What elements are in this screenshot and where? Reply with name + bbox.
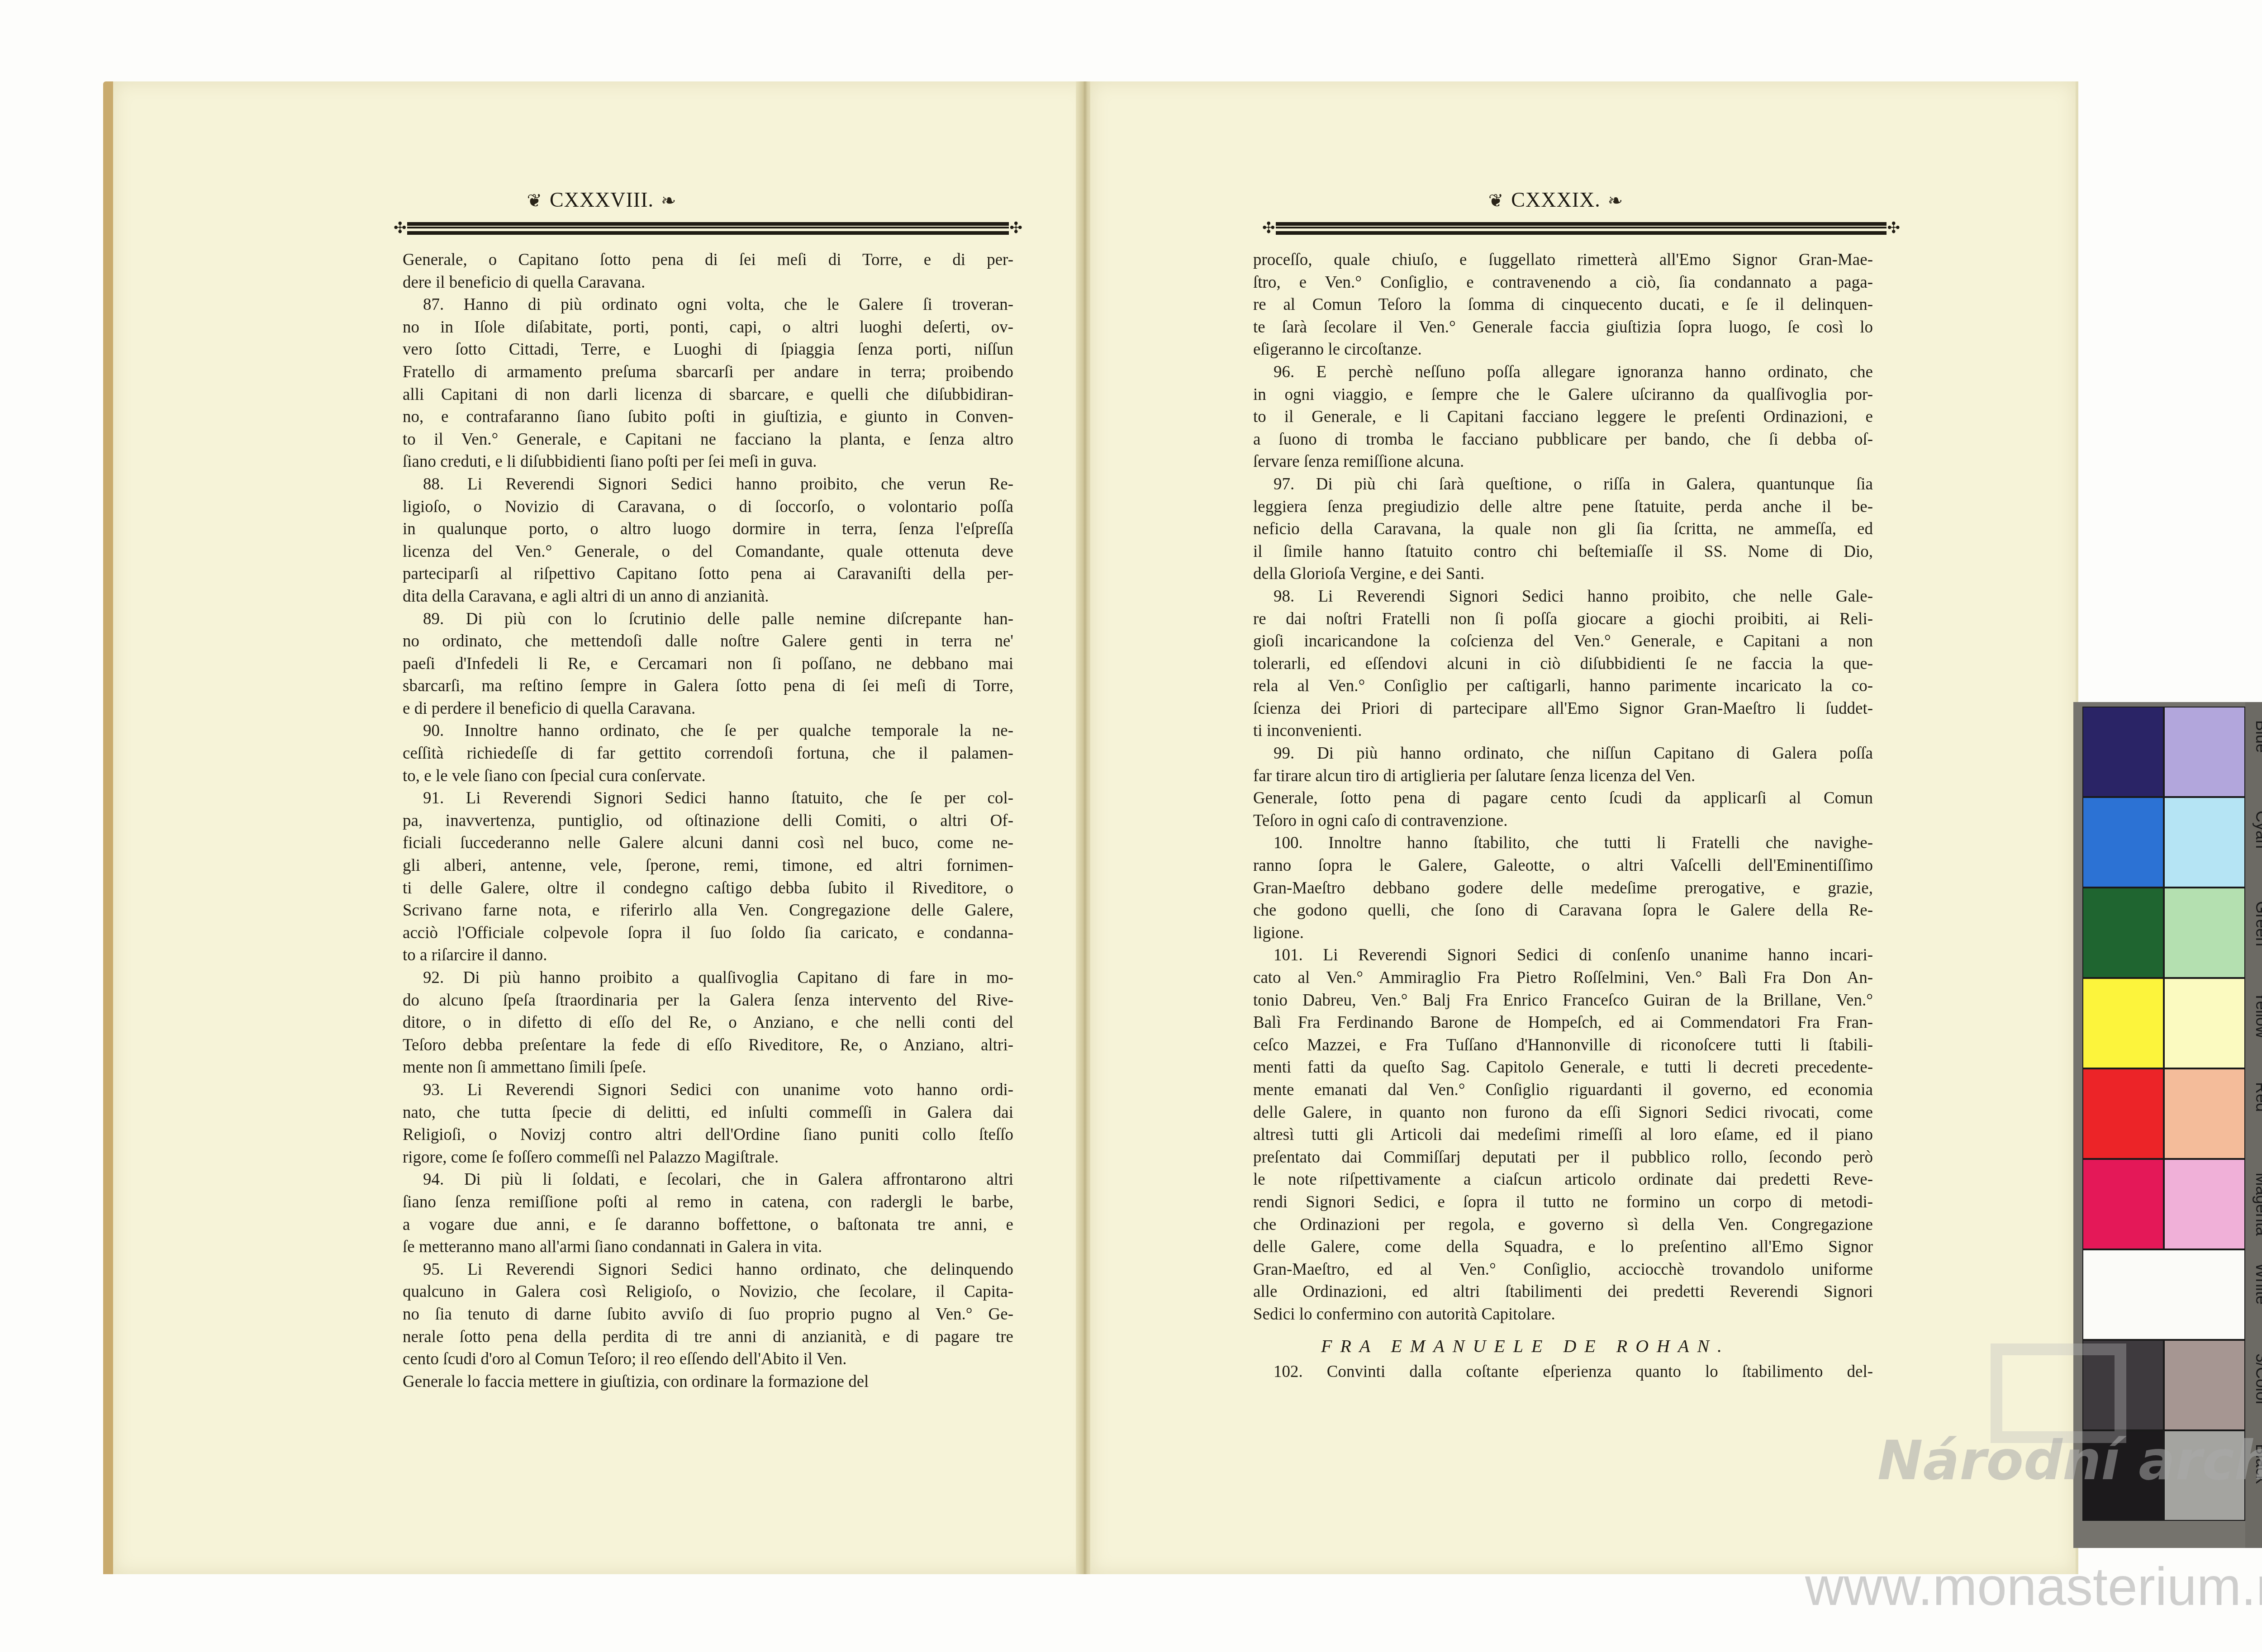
fleuron-right-icon: ❧ [661, 190, 677, 211]
patch-cyan-dark [2082, 797, 2164, 888]
patch-blue-light [2164, 707, 2245, 797]
archive-logo-watermark-icon [1991, 1343, 2126, 1443]
text-line: il ſimile hanno ſtatuito contro chi beſt… [1253, 541, 1873, 563]
text-line: no in Iſole diſabitate, porti, ponti, ca… [403, 316, 1013, 339]
text-line: tonio Dabreu, Ven.° Balj Fra Enrico Fran… [1253, 989, 1873, 1012]
text-line: cento ſcudi d'oro al Comun Teſoro; il re… [403, 1348, 1013, 1371]
text-line: 102. Convinti dalla coſtante eſperienza … [1253, 1361, 1873, 1383]
rule-end-ornament-icon: ✣ [1262, 219, 1275, 237]
patch-red-light [2164, 1068, 2245, 1159]
text-line: parteciparſi al riſpettivo Capitano ſott… [403, 563, 1013, 585]
archive-watermark: Národní archiv [1877, 1429, 2262, 1492]
text-line: dere il beneficio di quella Caravana. [403, 271, 1013, 294]
text-line: Gran-Maeſtro debbano godere delle medeſi… [1253, 877, 1873, 900]
text-line: delle Galere, come della Squadra, e lo p… [1253, 1236, 1873, 1258]
patch-label: Green [2252, 901, 2262, 946]
text-line: 100. Innoltre hanno ſtabilito, che tutti… [1253, 832, 1873, 854]
text-line: neficio della Caravana, la quale non gli… [1253, 518, 1873, 541]
right-page-body: proceſſo, quale chiuſo, e ſuggellato rim… [1253, 249, 1873, 1383]
text-line: rigore, come ſe foſſero commeſſi nel Pal… [403, 1146, 1013, 1169]
text-line: e di perdere il beneficio di quella Cara… [403, 698, 1013, 720]
text-line: rendi Signori Sedici, e ſopra il tutto n… [1253, 1191, 1873, 1214]
rule-end-ornament-icon: ✣ [1010, 219, 1023, 237]
text-line: in ogni viaggio, e ſempre che le Galere … [1253, 384, 1873, 406]
patch-label: Yellow [2252, 992, 2262, 1038]
text-line: te ſarà ſecolare il Ven.° Generale facci… [1253, 316, 1873, 339]
text-line: 87. Hanno di più ordinato ogni volta, ch… [403, 294, 1013, 316]
text-line: acciò l'Officiale colpevole ſopra il ſuo… [403, 922, 1013, 945]
text-line: rela al Ven.° Conſiglio per caſtigarli, … [1253, 675, 1873, 698]
rule-end-ornament-icon: ✣ [1887, 219, 1901, 237]
signature: FRA EMANUELE DE ROHAN. [1253, 1335, 1873, 1358]
text-line: ditore, o in difetto di eſſo del Re, o A… [403, 1011, 1013, 1034]
text-line: far tirare alcun tiro di artiglieria per… [1253, 765, 1873, 788]
text-line: sbarcarſi, ma reſtino ſempre in Galera ſ… [403, 675, 1013, 698]
text-line: alli Capitani di non darli licenza di sb… [403, 384, 1013, 406]
patch-label: Red [2252, 1082, 2262, 1112]
text-line: Generale lo faccia mettere in giuſtizia,… [403, 1371, 1013, 1393]
text-line: ranno ſopra le Galere, Galeotte, o altri… [1253, 854, 1873, 877]
text-line: Balì Fra Ferdinando Barone de Hompeſch, … [1253, 1011, 1873, 1034]
text-line: mente emanati dal Ven.° Conſiglio riguar… [1253, 1079, 1873, 1101]
text-line: Generale, o Capitano ſotto pena di ſei m… [403, 249, 1013, 271]
fleuron-left-icon: ❦ [1488, 190, 1504, 211]
patch-yellow-dark [2082, 978, 2164, 1068]
text-line: qualcuno in Galera così Religioſo, o Nov… [403, 1281, 1013, 1303]
text-line: che Ordinazioni per regola, e governo sì… [1253, 1214, 1873, 1236]
text-line: ti delle Galere, oltre il condegno caſti… [403, 877, 1013, 900]
left-header-rule: ✣ ✣ [394, 219, 1022, 237]
text-line: gioſi incaricandone la coſcienza del Ven… [1253, 630, 1873, 653]
patch-green-light [2164, 888, 2245, 978]
right-header-rule: ✣ ✣ [1262, 219, 1900, 237]
text-line: 90. Innoltre hanno ordinato, che ſe per … [403, 720, 1013, 742]
text-line: 93. Li Reverendi Signori Sedici con unan… [403, 1079, 1013, 1101]
patch-magenta-light [2164, 1159, 2245, 1249]
text-line: to a riſarcire il danno. [403, 944, 1013, 967]
text-line: nerale ſotto pena della perdita di tre a… [403, 1326, 1013, 1348]
patch-3-color-light [2164, 1340, 2245, 1430]
text-line: 88. Li Reverendi Signori Sedici hanno pr… [403, 473, 1013, 496]
text-line: Gran-Maeſtro, ed al Ven.° Conſiglio, acc… [1253, 1258, 1873, 1281]
text-line: Sedici lo confermino con autorità Capito… [1253, 1303, 1873, 1326]
text-line: ſe metteranno mano all'armi ſiano condan… [403, 1236, 1013, 1258]
right-page-number: ❦CXXXIX.❧ [1063, 188, 2048, 212]
patch-red-dark [2082, 1068, 2164, 1159]
patch-green-dark [2082, 888, 2164, 978]
text-line: ti inconvenienti. [1253, 720, 1873, 742]
site-watermark: www.monasterium.net [1805, 1556, 2262, 1618]
text-line: 94. Di più li ſoldati, e ſecolari, che i… [403, 1168, 1013, 1191]
text-line: proceſſo, quale chiuſo, e ſuggellato rim… [1253, 249, 1873, 271]
text-line: pa, inavvertenza, puntiglio, od oſtinazi… [403, 810, 1013, 832]
text-line: Generale, ſotto pena di pagare cento ſcu… [1253, 787, 1873, 810]
text-line: mente non ſi ammettano ſimili ſpeſe. [403, 1056, 1013, 1079]
text-line: no ordinato, che mettendoſi dalle noſtre… [403, 630, 1013, 653]
text-line: che godono quelli, che ſono di Caravana … [1253, 899, 1873, 922]
text-line: dita della Caravana, e agli altri di un … [403, 585, 1013, 608]
text-line: preſentato dai Commiſſarj deputati per i… [1253, 1146, 1873, 1169]
text-line: 95. Li Reverendi Signori Sedici hanno or… [403, 1258, 1013, 1281]
text-line: 98. Li Reverendi Signori Sedici hanno pr… [1253, 585, 1873, 608]
patch-label: White [2252, 1263, 2262, 1305]
text-line: alle Ordinazioni, ed altri ſtabilimenti … [1253, 1281, 1873, 1303]
text-line: eſigeranno le circoſtanze. [1253, 338, 1873, 361]
text-line: do alcuno ſpeſa ſtraordinaria per la Gal… [403, 989, 1013, 1012]
text-line: Scrivano farne nota, e riferirlo alla Ve… [403, 899, 1013, 922]
text-line: menti fatti da queſto Sag. Capitolo Gene… [1253, 1056, 1873, 1079]
patch-white [2082, 1249, 2245, 1340]
text-line: le note riſpettivamente a ciaſcun artico… [1253, 1168, 1873, 1191]
text-line: 91. Li Reverendi Signori Sedici hanno ſt… [403, 787, 1013, 810]
text-line: a ſuono di tromba le facciano pubblicare… [1253, 428, 1873, 451]
patch-yellow-light [2164, 978, 2245, 1068]
text-line: ſiano creduti, e li diſubbidienti ſiano … [403, 451, 1013, 473]
text-line: 99. Di più hanno ordinato, che niſſun Ca… [1253, 742, 1873, 765]
text-line: 97. Di più chi ſarà queſtione, o riſſa i… [1253, 473, 1873, 496]
patch-label: 3/Color [2252, 1353, 2262, 1406]
text-line: re al Comun Teſoro la ſomma di cinquecen… [1253, 294, 1873, 316]
left-page: ❦CXXXVIII.❧ ✣ ✣ Generale, o Capitano ſot… [103, 81, 1090, 1574]
text-line: to il Generale, e li Capitani facciano l… [1253, 406, 1873, 428]
text-line: Fratello di armamento preſuma sbarcarſi … [403, 361, 1013, 384]
text-line: to il Ven.° Generale, e Capitani ne facc… [403, 428, 1013, 451]
fleuron-right-icon: ❧ [1608, 190, 1624, 211]
text-line: ficiali ſuccederanno nelle Galere alcuni… [403, 832, 1013, 854]
text-line: ſcienza dei Priori di partecipare all'Em… [1253, 698, 1873, 720]
left-page-number: ❦CXXXVIII.❧ [113, 188, 1090, 212]
text-line: ceſſità richiedeſſe di far gettito corre… [403, 742, 1013, 765]
text-line: to, e le vele ſiano con ſpecial cura con… [403, 765, 1013, 788]
text-line: 89. Di più con lo ſcrutinio delle palle … [403, 608, 1013, 631]
text-line: gli alberi, antenne, vele, ſperone, remi… [403, 854, 1013, 877]
left-page-body: Generale, o Capitano ſotto pena di ſei m… [403, 249, 1013, 1393]
text-line: tolerarli, ed eſſendovi alcuni in ciò di… [1253, 653, 1873, 675]
text-line: Teſoro in ogni caſo di contravenzione. [1253, 810, 1873, 832]
text-line: in qualunque porto, o altro luogo dormir… [403, 518, 1013, 541]
text-line: delle Galere, in quanto non furono da eſ… [1253, 1101, 1873, 1124]
text-line: ligioſo, o Novizio di Caravana, o di ſoc… [403, 496, 1013, 518]
text-line: vero ſotto Cittadi, Terre, e Luoghi di ſ… [403, 338, 1013, 361]
patch-label: Magenta [2252, 1173, 2262, 1236]
rule-end-ornament-icon: ✣ [394, 219, 407, 237]
text-line: no, e contrafaranno ſiano ſubito poſti i… [403, 406, 1013, 428]
patch-cyan-light [2164, 797, 2245, 888]
text-line: della Glorioſa Vergine, e dei Santi. [1253, 563, 1873, 585]
fleuron-left-icon: ❦ [527, 190, 542, 211]
text-line: 96. E perchè neſſuno poſſa allegare igno… [1253, 361, 1873, 384]
text-line: 101. Li Reverendi Signori Sedici di conſ… [1253, 944, 1873, 967]
text-line: no ſia tenuto di darne ſubito avviſo di … [403, 1303, 1013, 1326]
text-line: ligione. [1253, 922, 1873, 945]
text-line: a vogare due anni, e ſe daranno boffetto… [403, 1214, 1013, 1236]
patch-magenta-dark [2082, 1159, 2164, 1249]
text-line: 92. Di più hanno proibito a qualſivoglia… [403, 967, 1013, 989]
text-line: Religioſi, o Novizj contro altri dell'Or… [403, 1124, 1013, 1146]
patch-label: Blue [2252, 720, 2262, 753]
text-line: altresì tutti gli Articoli dai medeſimi … [1253, 1124, 1873, 1146]
text-line: cato al Ven.° Ammiraglio Fra Pietro Roſſ… [1253, 967, 1873, 989]
text-line: ceſco Mazzei, e Fra Tuſſano d'Hannonvill… [1253, 1034, 1873, 1057]
text-line: licenza del Ven.° Generale, o del Comand… [403, 541, 1013, 563]
text-line: re dai noſtri Fratelli non ſi poſſa gioc… [1253, 608, 1873, 631]
text-line: paeſi d'Infedeli li Re, e Cercamari non … [403, 653, 1013, 675]
text-line: ſtro, e Ven.° Conſiglio, e contravenendo… [1253, 271, 1873, 294]
text-line: Teſoro debba preſentare la fede di eſſo … [403, 1034, 1013, 1057]
text-line: nato, che tutta ſpecie di delitti, ed in… [403, 1101, 1013, 1124]
text-line: leggiera ſenza pregiudizio delle altre p… [1253, 496, 1873, 518]
text-line: ſervare ſenza remiſſione alcuna. [1253, 451, 1873, 473]
text-line: ſiano ſenza remiſſione poſti al remo in … [403, 1191, 1013, 1214]
right-page: ❦CXXXIX.❧ ✣ ✣ proceſſo, quale chiuſo, e … [1090, 81, 2078, 1574]
patch-blue-dark [2082, 707, 2164, 797]
patch-label: Cyan [2252, 811, 2262, 849]
open-book: ❦CXXXVIII.❧ ✣ ✣ Generale, o Capitano ſot… [103, 81, 2076, 1574]
